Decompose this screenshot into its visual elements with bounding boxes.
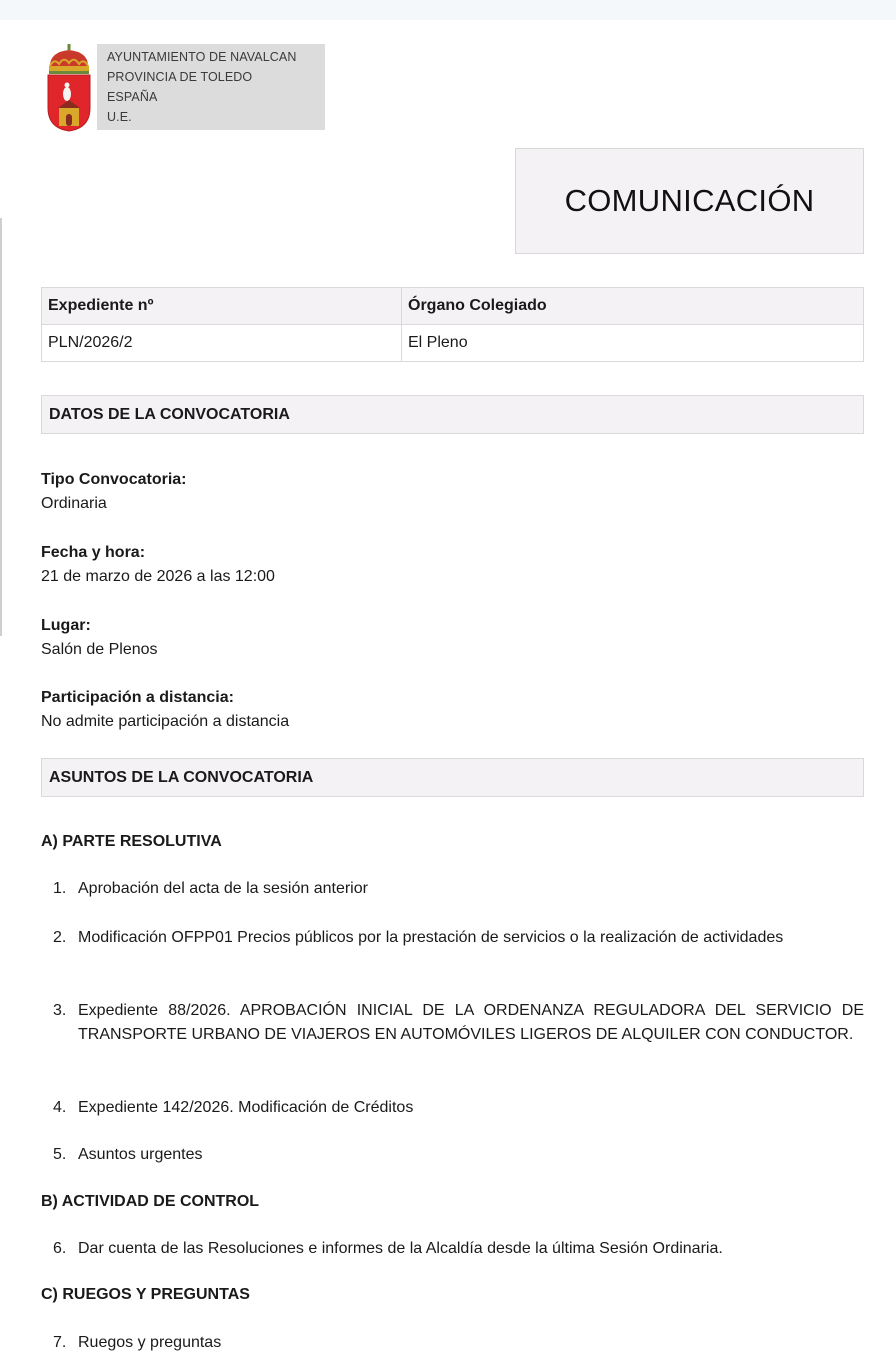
column-header-expediente: Expediente nº: [42, 288, 402, 325]
field-label: Tipo Convocatoria:: [41, 468, 187, 492]
item-text: Expediente 142/2026. Modificación de Cré…: [78, 1096, 864, 1120]
field-participacion-distancia: Participación a distancia: No admite par…: [41, 686, 289, 734]
left-border-line: [0, 218, 2, 636]
field-tipo-convocatoria: Tipo Convocatoria: Ordinaria: [41, 468, 187, 516]
item-text: Modificación OFPP01 Precios públicos por…: [78, 926, 864, 950]
agenda-item: 1. Aprobación del acta de la sesión ante…: [53, 877, 864, 901]
agenda-item: 5. Asuntos urgentes: [53, 1143, 864, 1167]
org-line: AYUNTAMIENTO DE NAVALCAN: [107, 47, 325, 67]
org-line: ESPAÑA: [107, 87, 325, 107]
municipal-header: AYUNTAMIENTO DE NAVALCAN PROVINCIA DE TO…: [44, 44, 326, 132]
item-number: 3.: [53, 999, 78, 1047]
field-fecha-hora: Fecha y hora: 21 de marzo de 2026 a las …: [41, 541, 275, 589]
table-row: PLN/2026/2 El Pleno: [42, 325, 864, 362]
item-number: 7.: [53, 1331, 78, 1355]
agenda-item: 6. Dar cuenta de las Resoluciones e info…: [53, 1237, 864, 1261]
agenda-item: 3. Expediente 88/2026. APROBACIÓN INICIA…: [53, 999, 864, 1047]
agenda-item: 7. Ruegos y preguntas: [53, 1331, 864, 1355]
item-number: 5.: [53, 1143, 78, 1167]
top-bar: [0, 0, 896, 20]
agenda-item: 2. Modificación OFPP01 Precios públicos …: [53, 926, 864, 950]
coat-of-arms-icon: [44, 44, 94, 132]
document-title-box: COMUNICACIÓN: [515, 148, 864, 254]
item-number: 6.: [53, 1237, 78, 1261]
subsection-ruegos-preguntas: C) RUEGOS Y PREGUNTAS: [41, 1286, 250, 1304]
subsection-actividad-control: B) ACTIVIDAD DE CONTROL: [41, 1193, 259, 1211]
expediente-number: PLN/2026/2: [42, 325, 402, 362]
item-number: 2.: [53, 926, 78, 950]
field-value: 21 de marzo de 2026 a las 12:00: [41, 565, 275, 589]
field-value: Salón de Plenos: [41, 638, 158, 662]
field-lugar: Lugar: Salón de Plenos: [41, 614, 158, 662]
organo-colegiado: El Pleno: [402, 325, 864, 362]
org-line: U.E.: [107, 107, 325, 127]
field-value: No admite participación a distancia: [41, 710, 289, 734]
table-header-row: Expediente nº Órgano Colegiado: [42, 288, 864, 325]
agenda-item: 4. Expediente 142/2026. Modificación de …: [53, 1096, 864, 1120]
field-label: Lugar:: [41, 614, 158, 638]
field-label: Fecha y hora:: [41, 541, 275, 565]
item-text: Asuntos urgentes: [78, 1143, 864, 1167]
item-text: Aprobación del acta de la sesión anterio…: [78, 877, 864, 901]
field-label: Participación a distancia:: [41, 686, 289, 710]
item-number: 1.: [53, 877, 78, 901]
expediente-table: Expediente nº Órgano Colegiado PLN/2026/…: [41, 287, 864, 362]
item-text: Ruegos y preguntas: [78, 1331, 864, 1355]
item-number: 4.: [53, 1096, 78, 1120]
asuntos-section-heading: ASUNTOS DE LA CONVOCATORIA: [41, 758, 864, 797]
datos-section-heading: DATOS DE LA CONVOCATORIA: [41, 395, 864, 434]
org-line: PROVINCIA DE TOLEDO: [107, 67, 325, 87]
column-header-organo: Órgano Colegiado: [402, 288, 864, 325]
item-text: Expediente 88/2026. APROBACIÓN INICIAL D…: [78, 999, 864, 1047]
subsection-parte-resolutiva: A) PARTE RESOLUTIVA: [41, 833, 222, 851]
municipality-name-box: AYUNTAMIENTO DE NAVALCAN PROVINCIA DE TO…: [97, 44, 325, 130]
item-text: Dar cuenta de las Resoluciones e informe…: [78, 1237, 864, 1261]
field-value: Ordinaria: [41, 492, 187, 516]
document-title: COMUNICACIÓN: [565, 183, 815, 219]
